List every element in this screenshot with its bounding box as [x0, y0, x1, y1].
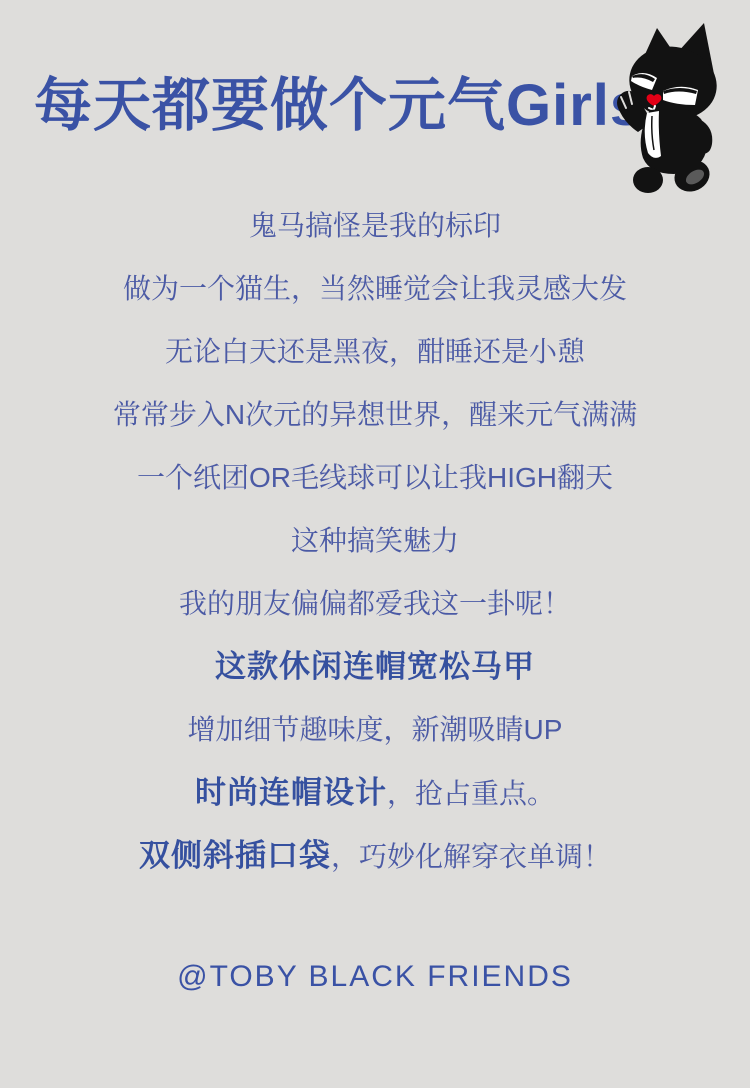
copy-line: 无论白天还是黑夜，酣睡还是小憩: [0, 320, 750, 383]
copy-line: 增加细节趣味度，新潮吸睛UP: [0, 698, 750, 761]
page-title: 每天都要做个元气Girls: [34, 70, 634, 142]
copy-line-mixed: 双侧斜插口袋，巧妙化解穿衣单调！: [0, 824, 750, 887]
copy-line: 做为一个猫生，当然睡觉会让我灵感大发: [0, 257, 750, 320]
description-text-block: 鬼马搞怪是我的标印 做为一个猫生，当然睡觉会让我灵感大发 无论白天还是黑夜，酣睡…: [0, 194, 750, 887]
copy-line-mixed: 时尚连帽设计，抢占重点。: [0, 761, 750, 824]
copy-line: 这种搞笑魅力: [0, 509, 750, 572]
brand-signature: @TOBY BLACK FRIENDS: [0, 960, 750, 994]
copy-line: 我的朋友偏偏都爱我这一卦呢！: [0, 572, 750, 635]
black-cat-mascot-icon: [608, 20, 740, 202]
copy-line: 常常步入N次元的异想世界，醒来元气满满: [0, 383, 750, 446]
copy-line: 一个纸团OR毛线球可以让我HIGH翻天: [0, 446, 750, 509]
copy-line: 鬼马搞怪是我的标印: [0, 194, 750, 257]
product-description-panel: 每天都要做个元气Girls: [0, 0, 750, 1088]
copy-line-emphasis: 这款休闲连帽宽松马甲: [0, 635, 750, 698]
